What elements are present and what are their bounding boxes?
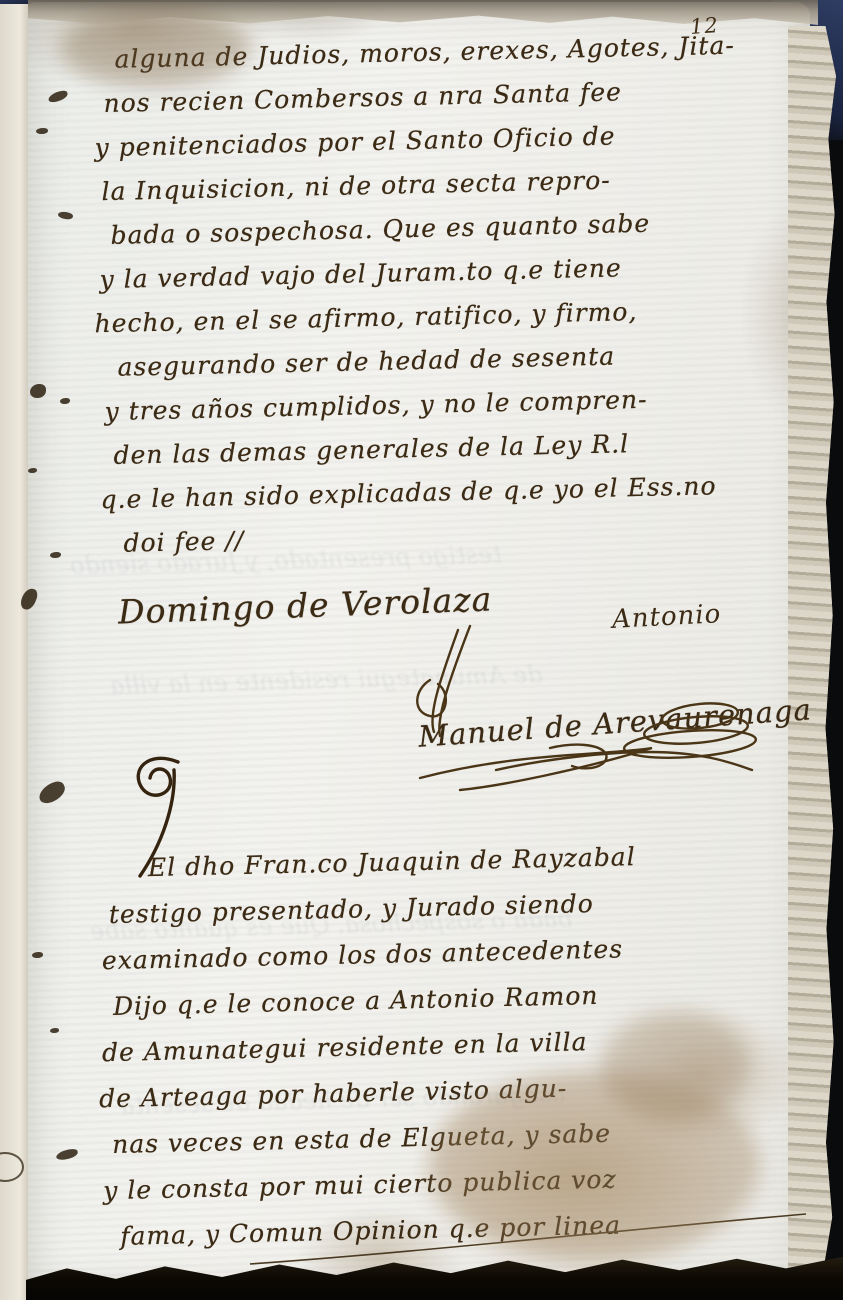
pen-mark [0, 1152, 24, 1182]
signature-antonio: Antonio [611, 599, 722, 635]
second-paragraph: El dho Fran.co Juaquin de Rayzabal testi… [113, 830, 812, 1260]
first-paragraph: alguna de Judios, moros, erexes, Agotes,… [114, 22, 806, 565]
manuscript-scan: testigo presentado, y Jurado siendo de A… [0, 0, 843, 1300]
